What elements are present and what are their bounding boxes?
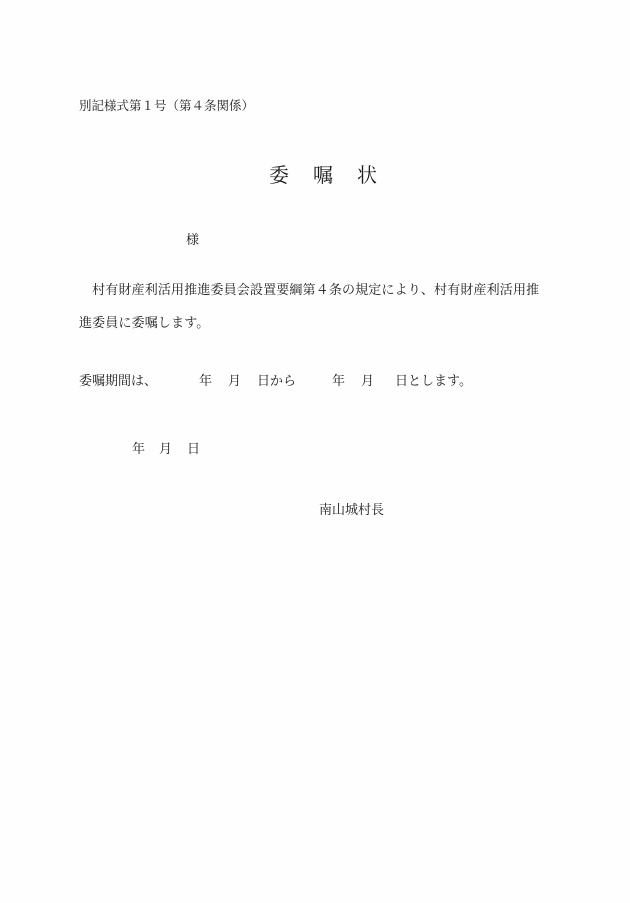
form-number: 別記様式第１号（第４条関係） [79, 96, 254, 114]
document-title: 委嘱状 [269, 159, 377, 188]
issue-year: 年 [132, 438, 145, 457]
recipient-honorific: 様 [186, 229, 199, 248]
body-text-line-1: 村有財産利活用推進委員会設置要綱第４条の規定により、村有財産利活用推 [79, 279, 539, 298]
title-char-1: 委 [269, 159, 313, 188]
body-text-line-2: 進委員に委嘱します。 [79, 312, 209, 331]
period-end-year: 年 [332, 370, 345, 389]
period-label: 委嘱期間は、 [79, 370, 157, 389]
period-end-month: 月 [361, 370, 374, 389]
period-start-day: 日から [257, 370, 296, 389]
period-start-year: 年 [199, 370, 212, 389]
signer-title: 南山城村長 [319, 499, 384, 518]
title-char-3: 状 [357, 159, 377, 188]
title-char-2: 嘱 [313, 159, 357, 188]
issue-day: 日 [187, 438, 200, 457]
period-end-day: 日とします。 [395, 370, 472, 389]
issue-month: 月 [159, 438, 172, 457]
period-start-month: 月 [228, 370, 241, 389]
document-page: 別記様式第１号（第４条関係） 委嘱状 様 村有財産利活用推進委員会設置要綱第４条… [0, 0, 630, 903]
